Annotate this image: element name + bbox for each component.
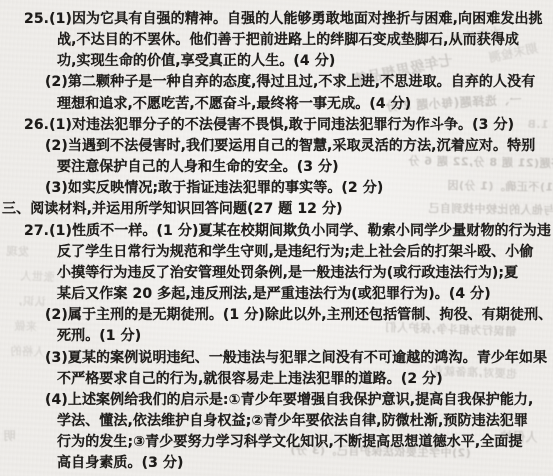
text-line: 理想和追求,不愿吃苦,不愿奋斗,最终将一事无成。(4 分) [0,94,553,115]
scanned-answer-sheet-page: 水完美求七年级思想品德期末检测一、选择题(每小题 2 分1.B二、简答题(21 … [0,0,553,476]
text-line: 战,不达目的不罢休。他们善于把前进路上的绊脚石变成垫脚石,从而获得成 [0,30,553,51]
text-line: 25.(1)因为它具有自强的精神。自强的人能够勇敢地面对挫折与困难,向困难发出挑 [0,9,553,30]
text-line: 小摸等行为违反了治安管理处罚条例,是一般违法行为(或行政违法行为);夏 [0,263,553,284]
text-line: 要注意保护自己的人身和生命的安全。(3 分) [0,157,553,178]
text-line: (2)属于主刑的是无期徒刑。(1 分)除此以外,主刑还包括管制、拘役、有期徒刑、 [0,305,553,326]
text-line: 反了学生日常行为规范和学生守则,是违纪行为;走上社会后的打架斗殴、小偷 [0,242,553,263]
text-line: 学法、懂法,依法维护自身权益;②青少年要依法自律,防微杜渐,预防违法犯罪 [0,411,553,432]
text-line: (3)如实反映情况;敢于指证违法犯罪的事实等。(2 分) [0,178,553,199]
text-line: (2)第二颗种子是一种自弃的态度,得过且过,不求上进,不思进取。自弃的人没有 [0,72,553,93]
text-line: 行为的发生;③青少要努力学习科学文化知识,不断提高思想道德水平,全面提 [0,432,553,453]
text-line: 27.(1)性质不一样。(1 分)夏某在校期间欺负小同学、勒索小同学少量财物的行… [0,221,553,242]
text-line: 高自身素质。(3 分) [0,453,553,474]
text-line: 某后又作案 20 多起,违反刑法,是严重违法行为(或犯罪行为)。(4 分) [0,284,553,305]
text-line: 死刑。(1 分) [0,326,553,347]
text-line: (3)夏某的案例说明违纪、一般违法与犯罪之间没有不可逾越的鸿沟。青少年如果 [0,348,553,369]
text-line: 功,实现生命的价值,享受真正的人生。(4 分) [0,51,553,72]
answer-text-block: 25.(1)因为它具有自强的精神。自强的人能够勇敢地面对挫折与困难,向困难发出挑… [0,0,553,474]
text-line: 三、阅读材料,并运用所学知识回答问题(27 题 12 分) [0,199,553,220]
text-line: 26.(1)对违法犯罪分子的不法侵害不畏惧,敢于同违法犯罪行为作斗争。(3 分) [0,115,553,136]
text-line: 不严格要求自己的行为,就很容易走上违法犯罪的道路。(2 分) [0,369,553,390]
text-line: (2)当遇到不法侵害时,我们要运用自己的智慧,采取灵活的方法,沉着应对。特别 [0,136,553,157]
text-line: (4)上述案例给我们的启示是:①青少年要增强自我保护意识,提高自我保护能力, [0,390,553,411]
